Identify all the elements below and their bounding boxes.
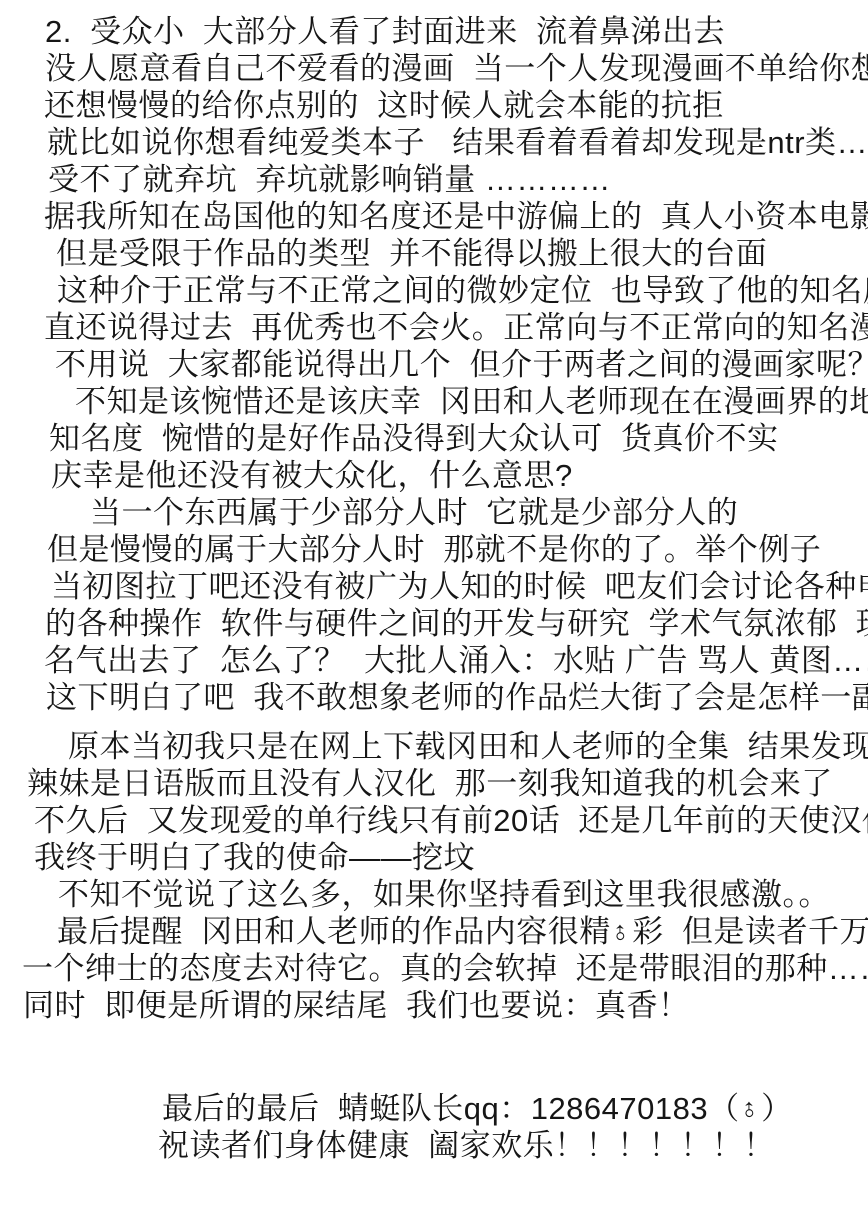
text-line: 就比如说你想看纯爱类本子 结果看着看着却发现是ntr类… — [47, 124, 868, 161]
text-segment: 最后提醒 冈田和人老师的作品内容很精 — [57, 914, 611, 949]
text-line: 不用说 大家都能说得出几个 但介于两者之间的漫画家呢？…… — [55, 346, 868, 383]
text-line: 名气出去了 怎么了？ 大批人涌入：水贴 广告 骂人 黄图…… — [44, 642, 868, 679]
text-segment: 彩 但是读者千万不要以 — [632, 914, 868, 949]
text-line: 不知是该惋惜还是该庆幸 冈田和人老师现在在漫画界的地位 — [75, 383, 868, 420]
text-line: 辣妹是日语版而且没有人汉化 那一刻我知道我的机会来了 — [27, 765, 868, 802]
text-line: 我终于明白了我的使命——挖坟 — [34, 839, 868, 876]
text-line: 祝读者们身体健康 阖家欢乐！！！！！！！ — [158, 1127, 868, 1164]
text-line: 据我所知在岛国他的知名度还是中游偏上的 真人小资本电影也有 — [44, 198, 868, 235]
text-line: 直还说得过去 再优秀也不会火。正常向与不正常向的知名漫画家 — [44, 309, 868, 346]
text-line: 2. 受众小 大部分人看了封面进来 流着鼻涕出去 — [45, 13, 868, 50]
text-line: 当初图拉丁吧还没有被广为人知的时候 吧友们会讨论各种电脑 — [51, 568, 868, 605]
text-line: 但是慢慢的属于大部分人时 那就不是你的了。举个例子 — [47, 531, 868, 568]
text-line: 的各种操作 软件与硬件之间的开发与研究 学术气氛浓郁 现在？ — [45, 605, 868, 642]
text-line: 还想慢慢的给你点别的 这时候人就会本能的抗拒 — [44, 87, 868, 124]
text-line: 受不了就弃坑 弃坑就影响销量 ………… — [48, 161, 868, 198]
text-segment: ） — [761, 1091, 793, 1126]
text-line: 这下明白了吧 我不敢想象老师的作品烂大街了会是怎样一副情形 — [46, 679, 868, 716]
text-line: 但是受限于作品的类型 并不能得以搬上很大的台面 — [56, 235, 868, 272]
text-line: 不知不觉说了这么多，如果你坚持看到这里我很感激。。 — [58, 876, 868, 913]
text-segment: 最后的最后 蜻蜓队长qq：1286470183（ — [162, 1091, 740, 1126]
text-line: 原本当初我只是在网上下载冈田和人老师的全集 结果发现灵异 — [68, 728, 868, 765]
text-block: 2. 受众小 大部分人看了封面进来 流着鼻涕出去没人愿意看自己不爱看的漫画 当一… — [0, 13, 868, 1164]
text-line: 当一个东西属于少部分人时 它就是少部分人的 — [90, 494, 868, 531]
text-line: 没人愿意看自己不爱看的漫画 当一个人发现漫画不单给你想要的 — [45, 50, 868, 87]
text-line: 不久后 又发现爱的单行线只有前20话 还是几年前的天使汉化版本 — [34, 802, 868, 839]
document-page: 2. 受众小 大部分人看了封面进来 流着鼻涕出去没人愿意看自己不爱看的漫画 当一… — [0, 0, 868, 1227]
text-line: 最后提醒 冈田和人老师的作品内容很精♂彩 但是读者千万不要以 — [57, 913, 868, 950]
text-line: 最后的最后 蜻蜓队长qq：1286470183（♂） — [162, 1090, 868, 1127]
text-line: 同时 即便是所谓的屎结尾 我们也要说：真香！ — [23, 987, 868, 1024]
text-line: 这种介于正常与不正常之间的微妙定位 也导致了他的知名度一 — [57, 272, 868, 309]
text-line: 一个绅士的态度去对待它。真的会软掉 还是带眼泪的那种…… — [22, 950, 868, 987]
text-line: 庆幸是他还没有被大众化，什么意思? — [51, 457, 868, 494]
text-line: 知名度 惋惜的是好作品没得到大众认可 货真价不实 — [49, 420, 868, 457]
